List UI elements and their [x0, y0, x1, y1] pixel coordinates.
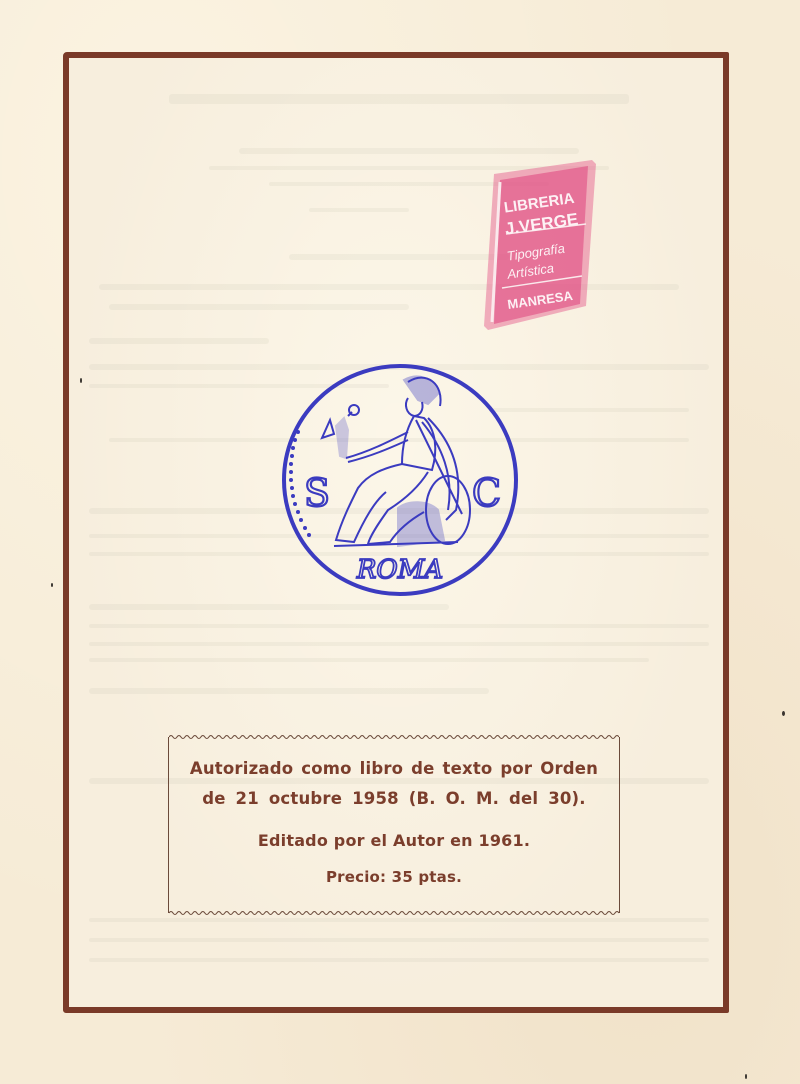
authorization-line-1: Autorizado como libro de texto por Orden [169, 759, 619, 778]
price-line: Precio: 35 ptas. [169, 868, 619, 886]
coin-inscription: ROMA [356, 555, 443, 585]
paper-speck [782, 711, 785, 716]
coin-letter-c: C [472, 471, 501, 515]
roman-coin-emblem: S C ROMA [278, 360, 522, 600]
paper-speck [745, 1074, 747, 1079]
wavy-border-top [169, 734, 619, 740]
paper-speck [80, 378, 82, 383]
bookseller-stamp: LIBRERIA J.VERGE Tipografía Artística MA… [480, 158, 602, 334]
coin-letter-s: S [304, 471, 330, 515]
wavy-border-bottom [169, 910, 619, 916]
authorization-line-2: de 21 octubre 1958 (B. O. M. del 30). [169, 789, 619, 808]
paper-speck [51, 583, 53, 587]
authorization-box: Autorizado como libro de texto por Orden… [168, 737, 620, 913]
edition-line: Editado por el Autor en 1961. [169, 831, 619, 850]
